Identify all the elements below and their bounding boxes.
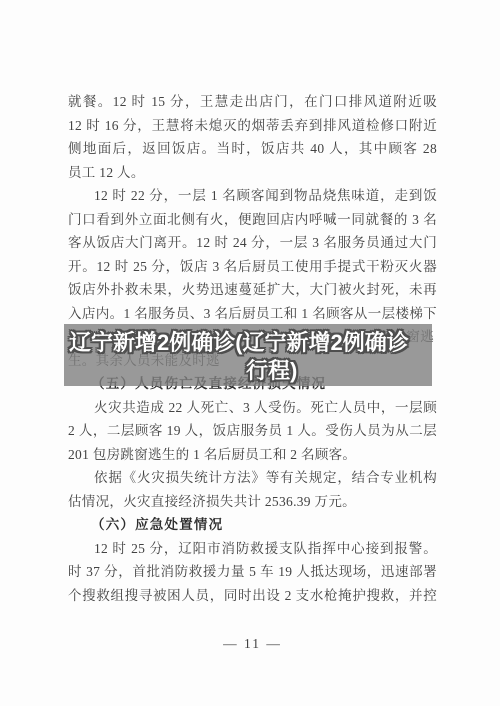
text-line: 员工 12 人。	[68, 161, 437, 185]
text-line: 12 时 22 分，一层 1 名顾客闻到物品烧焦味道，走到饭店	[68, 184, 437, 208]
text-line: 12 时 16 分，王慧将未熄灭的烟蒂丢弃到排风道检修口附近北	[68, 114, 437, 138]
text-line: 火灾共造成 22 人死亡、3 人受伤。死亡人员中，一层顾客	[68, 396, 437, 420]
section-heading: （六）应急处置情况	[68, 513, 437, 537]
overlay-title-line-2: 行程)	[246, 354, 297, 385]
text-line: 时 37 分，首批消防救援力量 5 车 19 人抵达现场，迅速部署 2	[68, 560, 437, 584]
text-line: 12 时 25 分，辽阳市消防救援支队指挥中心接到报警。12	[68, 537, 437, 561]
text-line: 入店内。1 名服务员、3 名后厨员工和 1 名顾客从一层楼梯下方	[68, 302, 437, 326]
text-line: 2 人，二层顾客 19 人，饭店服务员 1 人。受伤人员为从二层	[68, 419, 437, 443]
text-line: 客从饭店大门离开。12 时 24 分，一层 3 名服务员通过大门离	[68, 231, 437, 255]
text-line: 门口看到外立面北侧有火，便跑回店内呼喊一同就餐的 3 名顾	[68, 208, 437, 232]
text-line: 就餐。12 时 15 分，王慧走出店门，在门口排风道附近吸烟。	[68, 90, 437, 114]
text-line: 201 包房跳窗逃生的 1 名后厨员工和 2 名顾客。	[68, 443, 437, 467]
text-line: 开。12 时 25 分，饭店 3 名后厨员工使用手提式干粉灭火器到	[68, 255, 437, 279]
text-line: 估情况，火灾直接经济损失共计 2536.39 万元。	[68, 490, 437, 514]
title-overlay: 辽宁新增2例确诊(辽宁新增2例确诊 行程)	[64, 324, 432, 386]
text-line: 侧地面后，返回饭店。当时，饭店共 40 人，其中顾客 28 人，	[68, 137, 437, 161]
document-page: 就餐。12 时 15 分，王慧走出店门，在门口排风道附近吸烟。12 时 16 分…	[0, 0, 500, 706]
overlay-title-line-1: 辽宁新增2例确诊(辽宁新增2例确诊	[69, 326, 409, 357]
page-number: — 11 —	[68, 636, 437, 652]
text-line: 饭店外扑救未果，火势迅速蔓延扩大，大门被火封死，未再进	[68, 278, 437, 302]
text-line: 个搜救组搜寻被困人员，同时出设 2 支水枪掩护搜救，并控制	[68, 584, 437, 608]
text-line: 依据《火灾损失统计方法》等有关规定，结合专业机构评	[68, 466, 437, 490]
